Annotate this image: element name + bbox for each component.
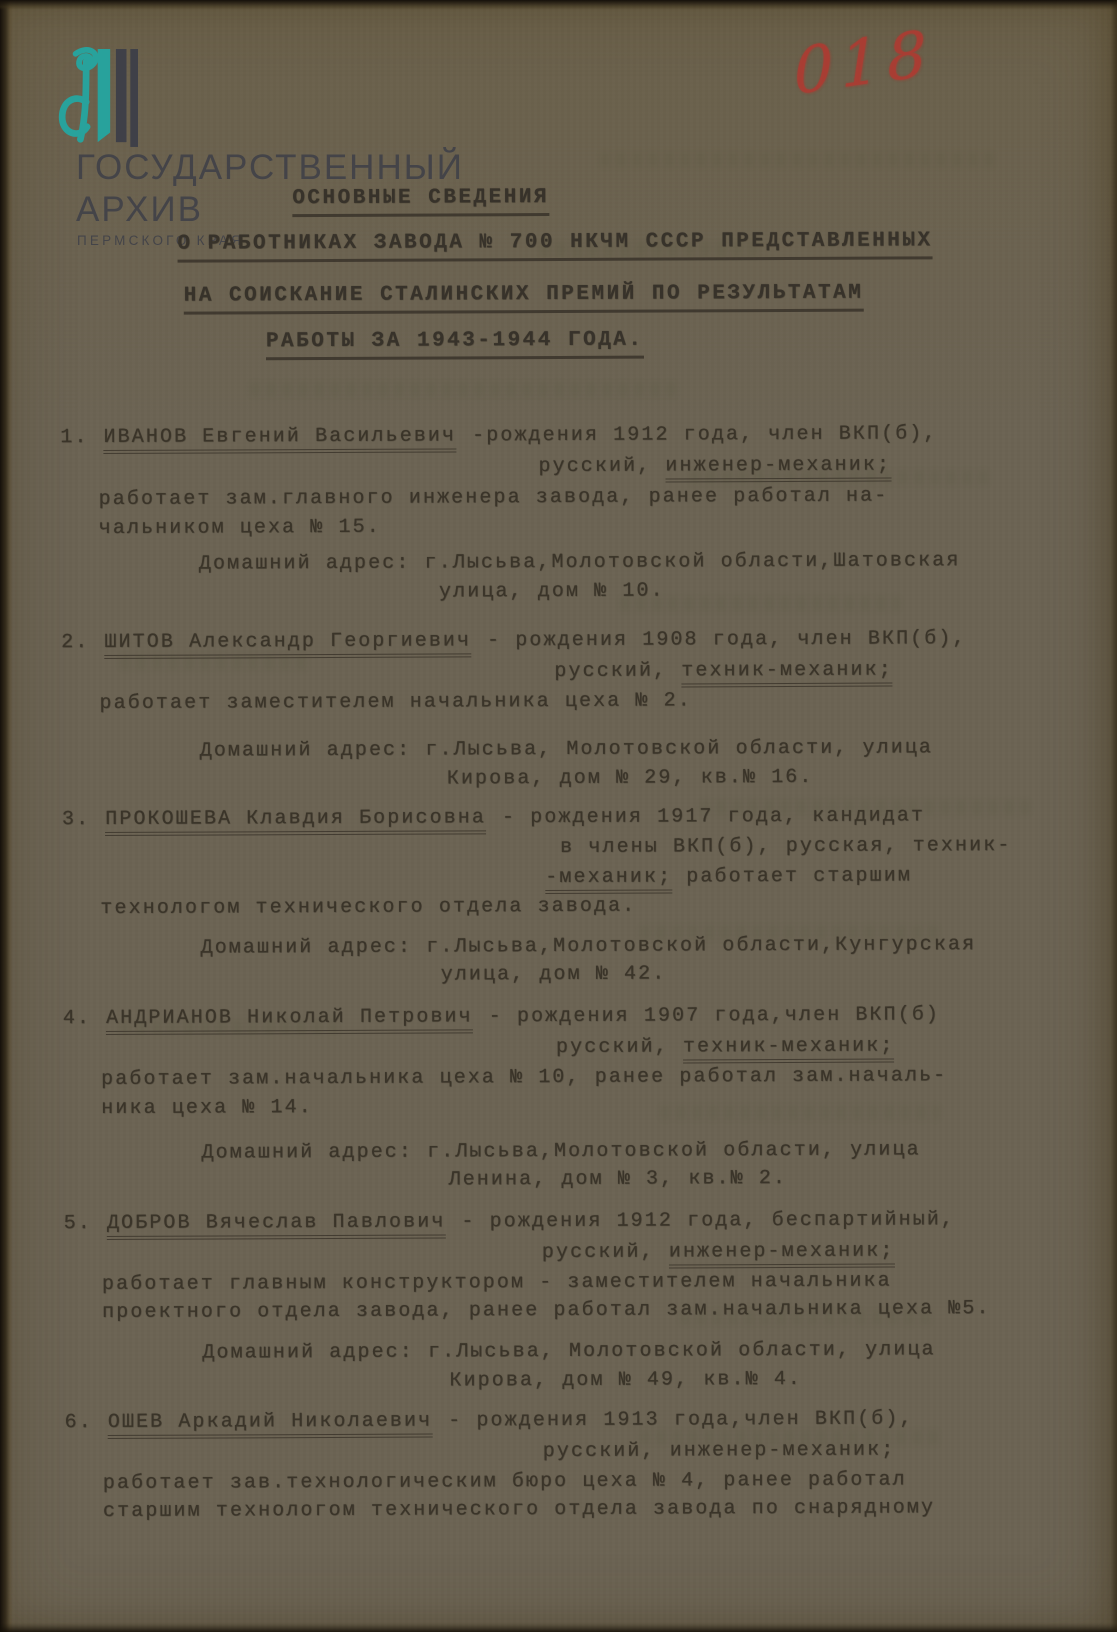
entry-3-name-suffix: - рождения 1917 года, кандидат: [502, 804, 925, 829]
entry-5-address-line-2: Кирова, дом № 49, кв.№ 4.: [449, 1368, 802, 1393]
entry-4-line-2-plain: русский,: [556, 1035, 683, 1059]
entry-5-line-2-plain: русский,: [542, 1241, 669, 1265]
entry-1-address-line-1: Домашний адрес: г.Лысьва,Молотовской обл…: [199, 549, 961, 575]
entry-3-line-2: в члены ВКП(б), русская, техник-: [560, 834, 1011, 859]
entry-3-number: 3.: [62, 808, 90, 831]
scan-edge-right: [1110, 0, 1117, 1632]
entry-4-line-1: 4.АНДРИАНОВ Николай Петрович- рождения 1…: [63, 1003, 940, 1030]
entry-4-line-2-underlined: техник-механик;: [683, 1035, 895, 1064]
entry-1-line-1: 1.ИВАНОВ Евгений Васильевич-рождения 191…: [60, 422, 937, 449]
entry-2-name-suffix: - рождения 1908 года, член ВКП(б),: [487, 627, 967, 652]
entry-4-line-4: ника цеха № 14.: [101, 1096, 313, 1120]
scan-edge-top: [0, 0, 1117, 10]
entry-2-name: ШИТОВ Александр Георгиевич: [104, 629, 471, 659]
document-scan: ГОСУДАРСТВЕННЫЙ АРХИВ ПЕРМСКОГО КРАЯ 018…: [0, 0, 1117, 1632]
entry-5-address-line-1: Домашний адрес: г.Лысьва, Молотовской об…: [202, 1338, 935, 1364]
entry-3-line-3-underlined: -механик;: [545, 866, 672, 895]
entry-2-line-2: русский, техник-механик;: [554, 659, 893, 683]
entry-1-name: ИВАНОВ Евгений Васильевич: [104, 424, 457, 454]
entry-3-line-3: -механик; работает старшим: [545, 864, 912, 889]
entry-2-address-line-2: Кирова, дом № 29, кв.№ 16.: [447, 766, 814, 791]
entry-2-address-line-1: Домашний адрес: г.Лысьва, Молотовской об…: [200, 736, 933, 762]
entry-3-line-1: 3.ПРОКОШЕВА Клавдия Борисовна- рождения …: [62, 804, 925, 831]
entry-4-name-suffix: - рождения 1907 года,член ВКП(б): [489, 1003, 940, 1028]
entry-3-address-line-1: Домашний адрес: г.Лысьва,Молотовской обл…: [201, 933, 977, 959]
entry-1-address-line-2: улица, дом № 10.: [439, 580, 665, 604]
entry-3-line-4: технологом технического отдела завода.: [100, 895, 636, 920]
scan-edge-bottom: [0, 1623, 1117, 1632]
entry-1-line-2-plain: русский,: [538, 455, 665, 479]
entry-5-name: ДОБРОВ Вячеслав Павлович: [107, 1210, 446, 1239]
entry-2-line-2-underlined: техник-механик;: [681, 659, 893, 688]
entry-4-number: 4.: [63, 1007, 91, 1030]
typed-content: ОСНОВНЫЕ СВЕДЕНИЯ О РАБОТНИКАХ ЗАВОДА № …: [0, 0, 1117, 1632]
entry-6-line-3: работает зав.технологическим бюро цеха №…: [103, 1468, 907, 1495]
entry-5-number: 5.: [64, 1212, 92, 1235]
scan-edge-left: [0, 0, 13, 1632]
entry-6-line-1: 6.ОШЕВ Аркадий Николаевич- рождения 1913…: [65, 1407, 914, 1434]
entry-6-name: ОШЕВ Аркадий Николаевич: [108, 1410, 432, 1439]
entry-1-line-4: чальником цеха № 15.: [99, 516, 381, 540]
entry-2-line-1: 2.ШИТОВ Александр Георгиевич- рождения 1…: [61, 627, 966, 654]
entry-6-line-2: русский, инженер-механик;: [543, 1439, 896, 1464]
heading-line-4-text: РАБОТЫ ЗА 1943-1944 ГОДА.: [266, 329, 644, 361]
entry-4-line-3: работает зам.начальника цеха № 10, ранее…: [101, 1064, 947, 1091]
heading-line-2: О РАБОТНИКАХ ЗАВОДА № 700 НКЧМ СССР ПРЕД…: [177, 229, 932, 255]
entry-5-line-3: работает главным конструктором - замести…: [102, 1270, 892, 1296]
entry-3-address-line-2: улица, дом № 42.: [441, 963, 667, 987]
entry-5-line-2: русский, инженер-механик;: [542, 1240, 895, 1265]
entry-3-line-3-plain: работает старшим: [672, 864, 912, 888]
entry-2-line-3: работает заместителем начальника цеха № …: [99, 689, 691, 715]
entry-5-line-1: 5.ДОБРОВ Вячеслав Павлович- рождения 191…: [64, 1208, 955, 1235]
entry-1-name-suffix: -рождения 1912 года, член ВКП(б),: [472, 422, 937, 447]
heading-line-3-text: НА СОИСКАНИЕ СТАЛИНСКИХ ПРЕМИЙ ПО РЕЗУЛЬ…: [184, 282, 864, 315]
entry-4-line-2: русский, техник-механик;: [556, 1035, 895, 1059]
heading-line-4: РАБОТЫ ЗА 1943-1944 ГОДА.: [266, 329, 644, 354]
entry-1-line-2-underlined: инженер-механик;: [665, 454, 891, 483]
entry-2-line-2-plain: русский,: [554, 659, 681, 683]
entry-1-line-3: работает зам.главного инженера завода, р…: [99, 485, 889, 511]
heading-line-1: ОСНОВНЫЕ СВЕДЕНИЯ: [292, 186, 549, 210]
entry-4-name: АНДРИАНОВ Николай Петрович: [106, 1005, 473, 1035]
entry-2-number: 2.: [61, 631, 89, 654]
heading-line-1-text: ОСНОВНЫЕ СВЕДЕНИЯ: [292, 186, 549, 217]
entry-5-line-4: проектного отдела завода, ранее работал …: [102, 1297, 991, 1324]
entry-6-number: 6.: [65, 1411, 93, 1434]
entry-6-line-4: старшим технологом технического отдела з…: [103, 1496, 935, 1523]
entry-1-number: 1.: [60, 426, 88, 449]
entry-5-line-2-underlined: инженер-механик;: [669, 1240, 895, 1269]
entry-6-name-suffix: - рождения 1913 года,член ВКП(б),: [448, 1407, 913, 1432]
heading-line-2-text: О РАБОТНИКАХ ЗАВОДА № 700 НКЧМ СССР ПРЕД…: [177, 229, 932, 262]
heading-line-3: НА СОИСКАНИЕ СТАЛИНСКИХ ПРЕМИЙ ПО РЕЗУЛЬ…: [184, 282, 864, 308]
entry-5-name-suffix: - рождения 1912 года, беспартийный,: [461, 1208, 955, 1233]
entry-4-address-line-1: Домашний адрес: г.Лысьва,Молотовской обл…: [201, 1138, 920, 1164]
entry-1-line-2: русский, инженер-механик;: [538, 454, 891, 479]
entry-3-name: ПРОКОШЕВА Клавдия Борисовна: [105, 806, 486, 836]
entry-4-address-line-2: Ленина, дом № 3, кв.№ 2.: [449, 1167, 788, 1191]
